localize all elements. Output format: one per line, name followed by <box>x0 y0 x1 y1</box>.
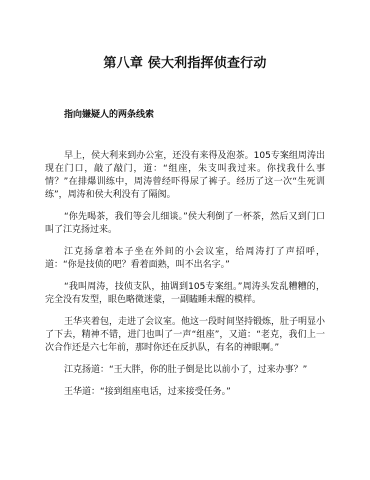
document-page: 第八章 侯大利指挥侦查行动 指向嫌疑人的两条线索 早上，侯大利来到办公室，还没有… <box>0 0 370 480</box>
paragraph: 江克扬道：“王大胖，你的肚子倒是比以前小了，过来办事？” <box>45 364 325 377</box>
paragraph: “你先喝茶，我们等会儿细谈。”侯大利倒了一杯茶，然后又到门口叫了江克扬过来。 <box>45 211 325 237</box>
section-title: 指向嫌疑人的两条线索 <box>64 107 154 120</box>
paragraph: 江克扬拿着本子坐在外间的小会议室，给周涛打了声招呼，道：“你是技侦的吧？看着面熟… <box>45 246 325 272</box>
paragraph: 王华道：“接到组座电话，过来接受任务。” <box>45 386 325 399</box>
paragraph: 王华夹着包，走进了会议室。他这一段时间坚持锻炼，肚子明显小了下去，精神不错，进门… <box>45 316 325 355</box>
paragraph: “我叫周涛，技侦支队，抽调到105专案组。”周涛头发乱糟糟的，完全没有发型，眼色… <box>45 281 325 307</box>
paragraph: 早上，侯大利来到办公室，还没有来得及泡茶。105专案组周涛出现在门口，敲了敲门，… <box>45 150 325 202</box>
chapter-title: 第八章 侯大利指挥侦查行动 <box>0 52 370 71</box>
body-text: 早上，侯大利来到办公室，还没有来得及泡茶。105专案组周涛出现在门口，敲了敲门，… <box>45 150 325 408</box>
